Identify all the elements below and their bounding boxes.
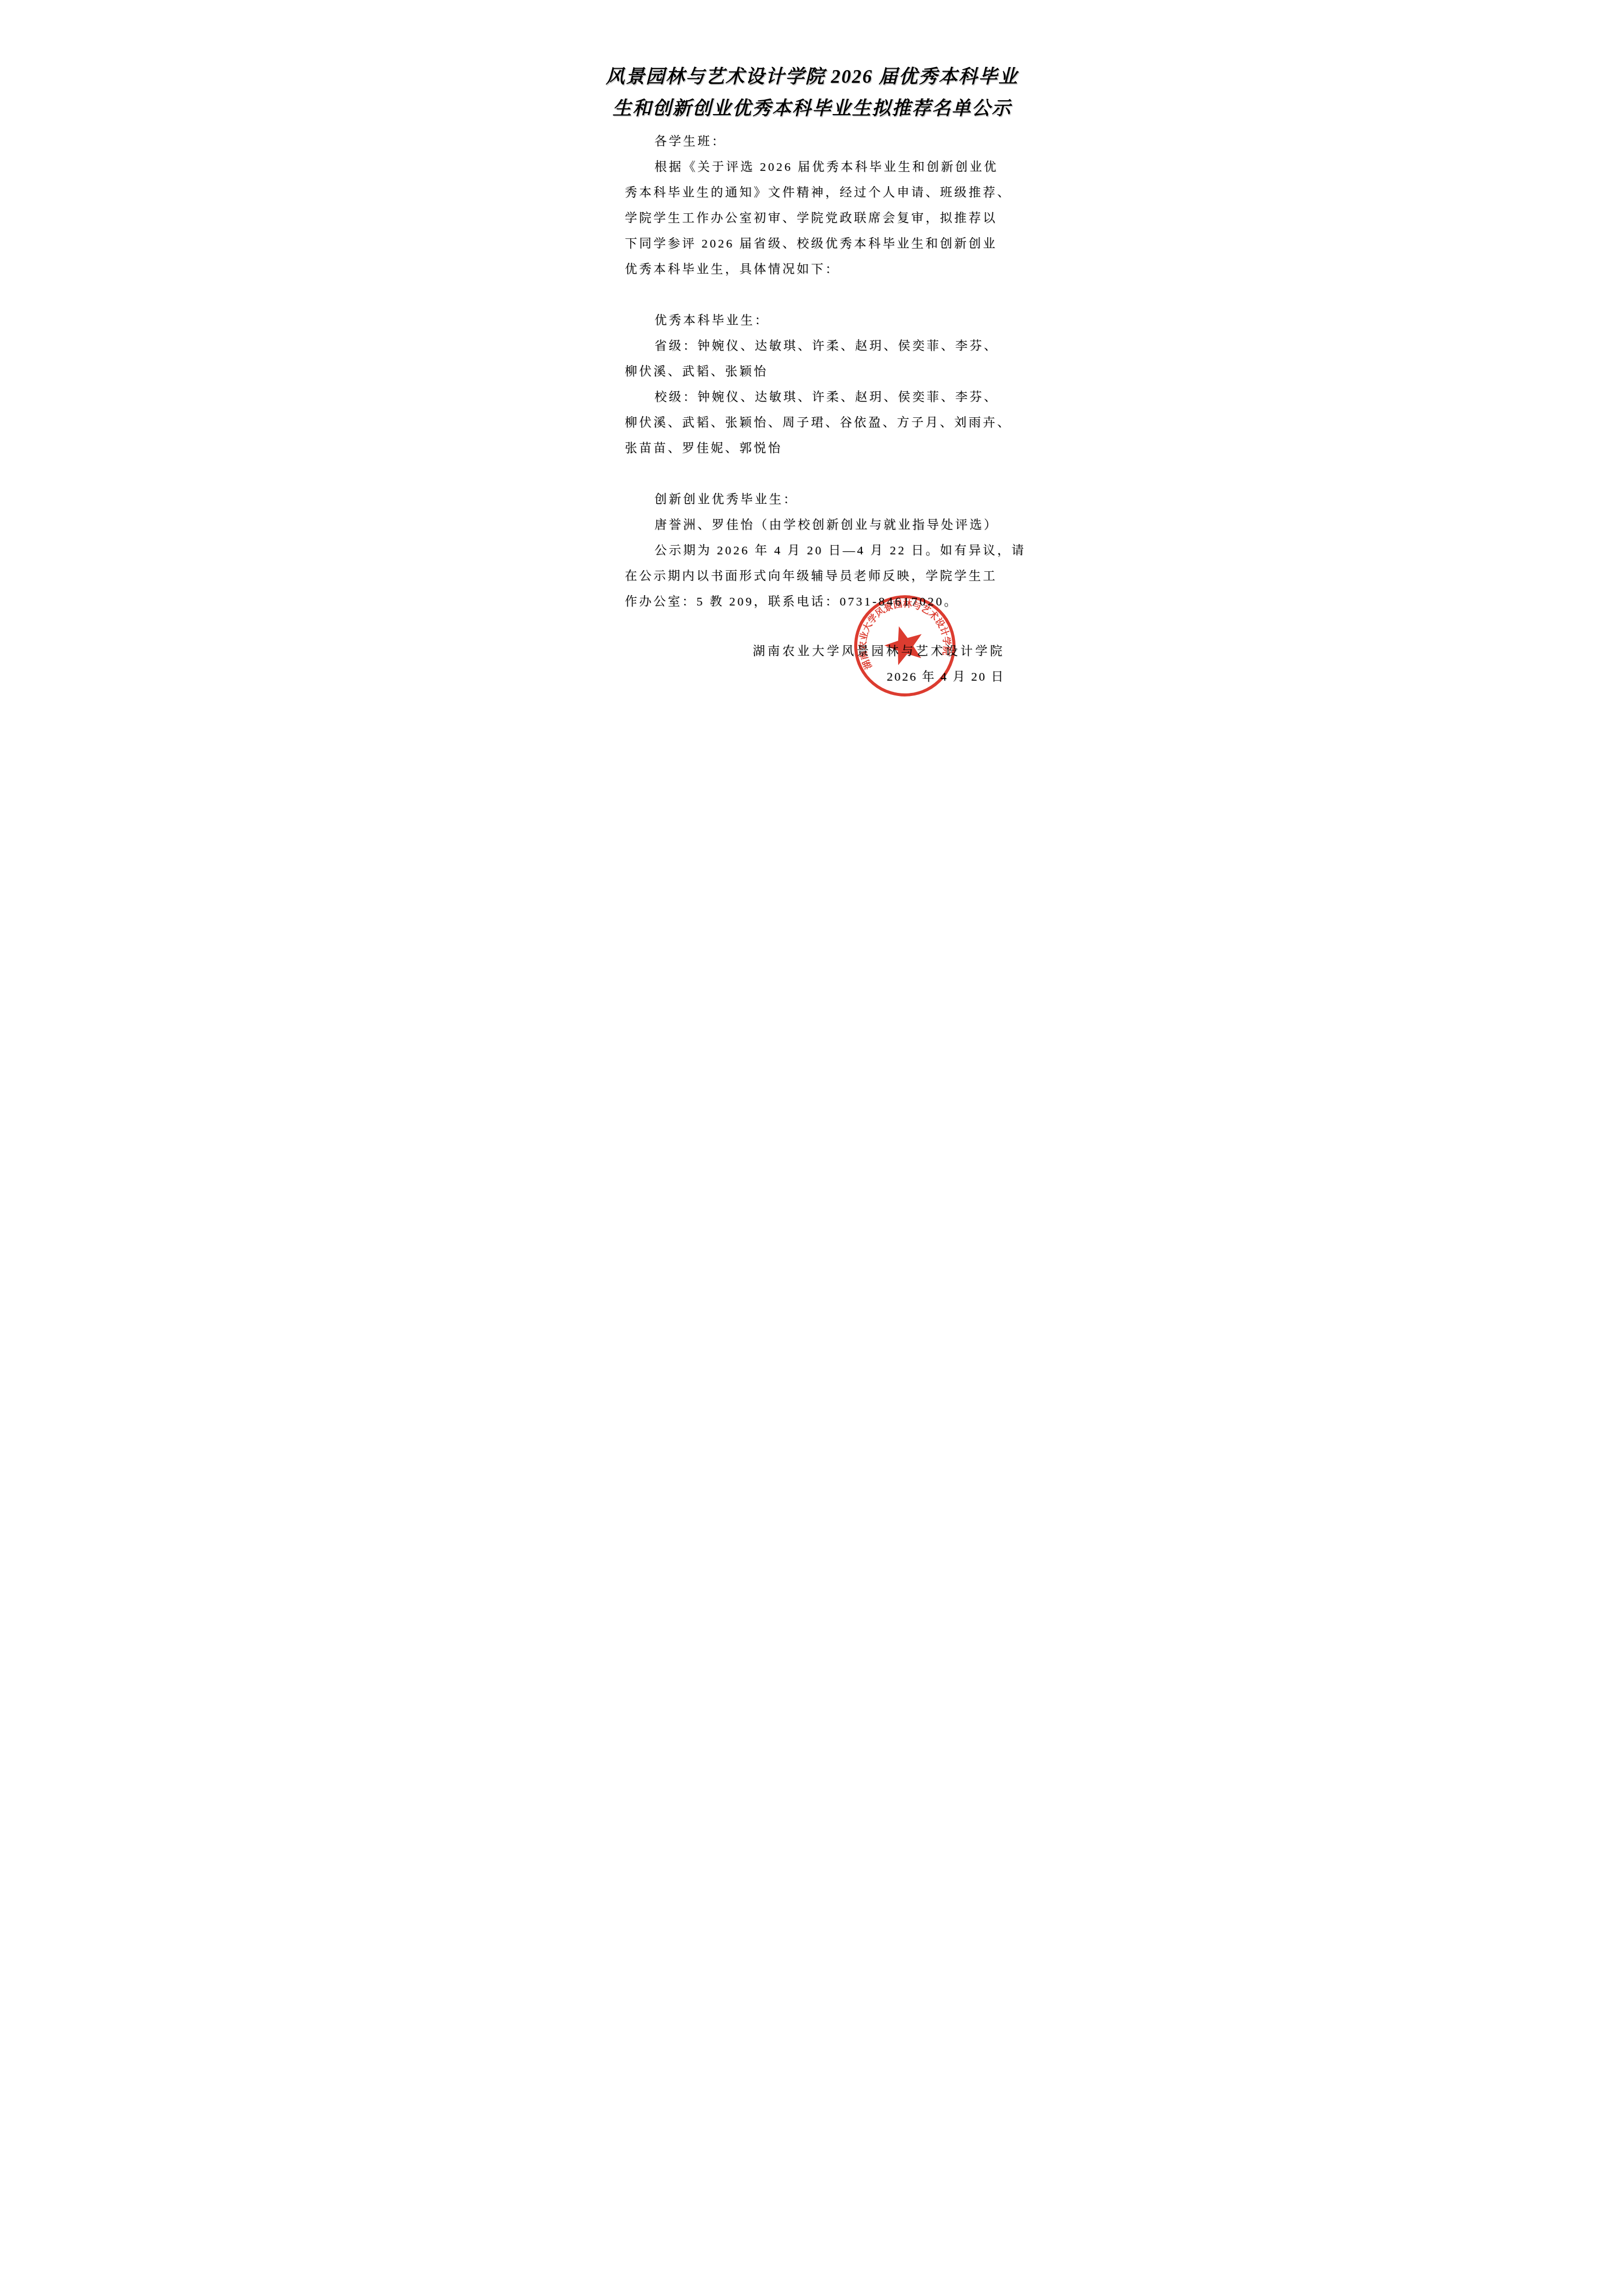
name-list-line: 省级：钟婉仪、达敏琪、许柔、赵玥、侯奕菲、李芬、 [625,333,1005,359]
page-title: 风景园林与艺术设计学院 2026 届优秀本科毕业 生和创新创业优秀本科毕业生拟推… [603,61,1021,125]
section-heading: 优秀本科毕业生： [625,308,1005,333]
paragraph-line: 下同学参评 2026 届省级、校级优秀本科毕业生和创新创业 [625,231,1005,257]
page-title-line2: 生和创新创业优秀本科毕业生拟推荐名单公示 [603,93,1021,125]
name-list-line: 柳伏溪、武韬、张颖怡、周子珺、谷依盈、方子月、刘雨卉、 [625,410,1005,436]
paragraph-line: 学院学生工作办公室初审、学院党政联席会复审，拟推荐以 [625,206,1005,231]
blank-line [625,282,1005,308]
official-seal: 湖南农业大学风景园林与艺术设计学院 [841,582,968,709]
name-list-line: 唐誉洲、罗佳怡（由学校创新创业与就业指导处评选） [625,512,1005,538]
announcement-page: 风景园林与艺术设计学院 2026 届优秀本科毕业 生和创新创业优秀本科毕业生拟推… [542,0,1083,766]
blank-line [625,461,1005,487]
paragraph-line: 根据《关于评选 2026 届优秀本科毕业生和创新创业优 [625,154,1005,180]
section-heading: 创新创业优秀毕业生： [625,487,1005,512]
name-list-line: 张苗苗、罗佳妮、郭悦怡 [625,436,1005,461]
paragraph-line: 秀本科毕业生的通知》文件精神，经过个人申请、班级推荐、 [625,180,1005,206]
paragraph-line: 公示期为 2026 年 4 月 20 日—4 月 22 日。如有异议，请 [625,538,1005,564]
salutation: 各学生班： [625,129,1005,154]
name-list-line: 柳伏溪、武韬、张颖怡 [625,359,1005,385]
document-body: 各学生班： 根据《关于评选 2026 届优秀本科毕业生和创新创业优 秀本科毕业生… [625,129,1005,615]
page-title-line1: 风景园林与艺术设计学院 2026 届优秀本科毕业 [603,61,1021,93]
seal-star-icon [880,621,928,667]
name-list-line: 校级：钟婉仪、达敏琪、许柔、赵玥、侯奕菲、李芬、 [625,385,1005,410]
paragraph-line: 优秀本科毕业生，具体情况如下： [625,257,1005,282]
